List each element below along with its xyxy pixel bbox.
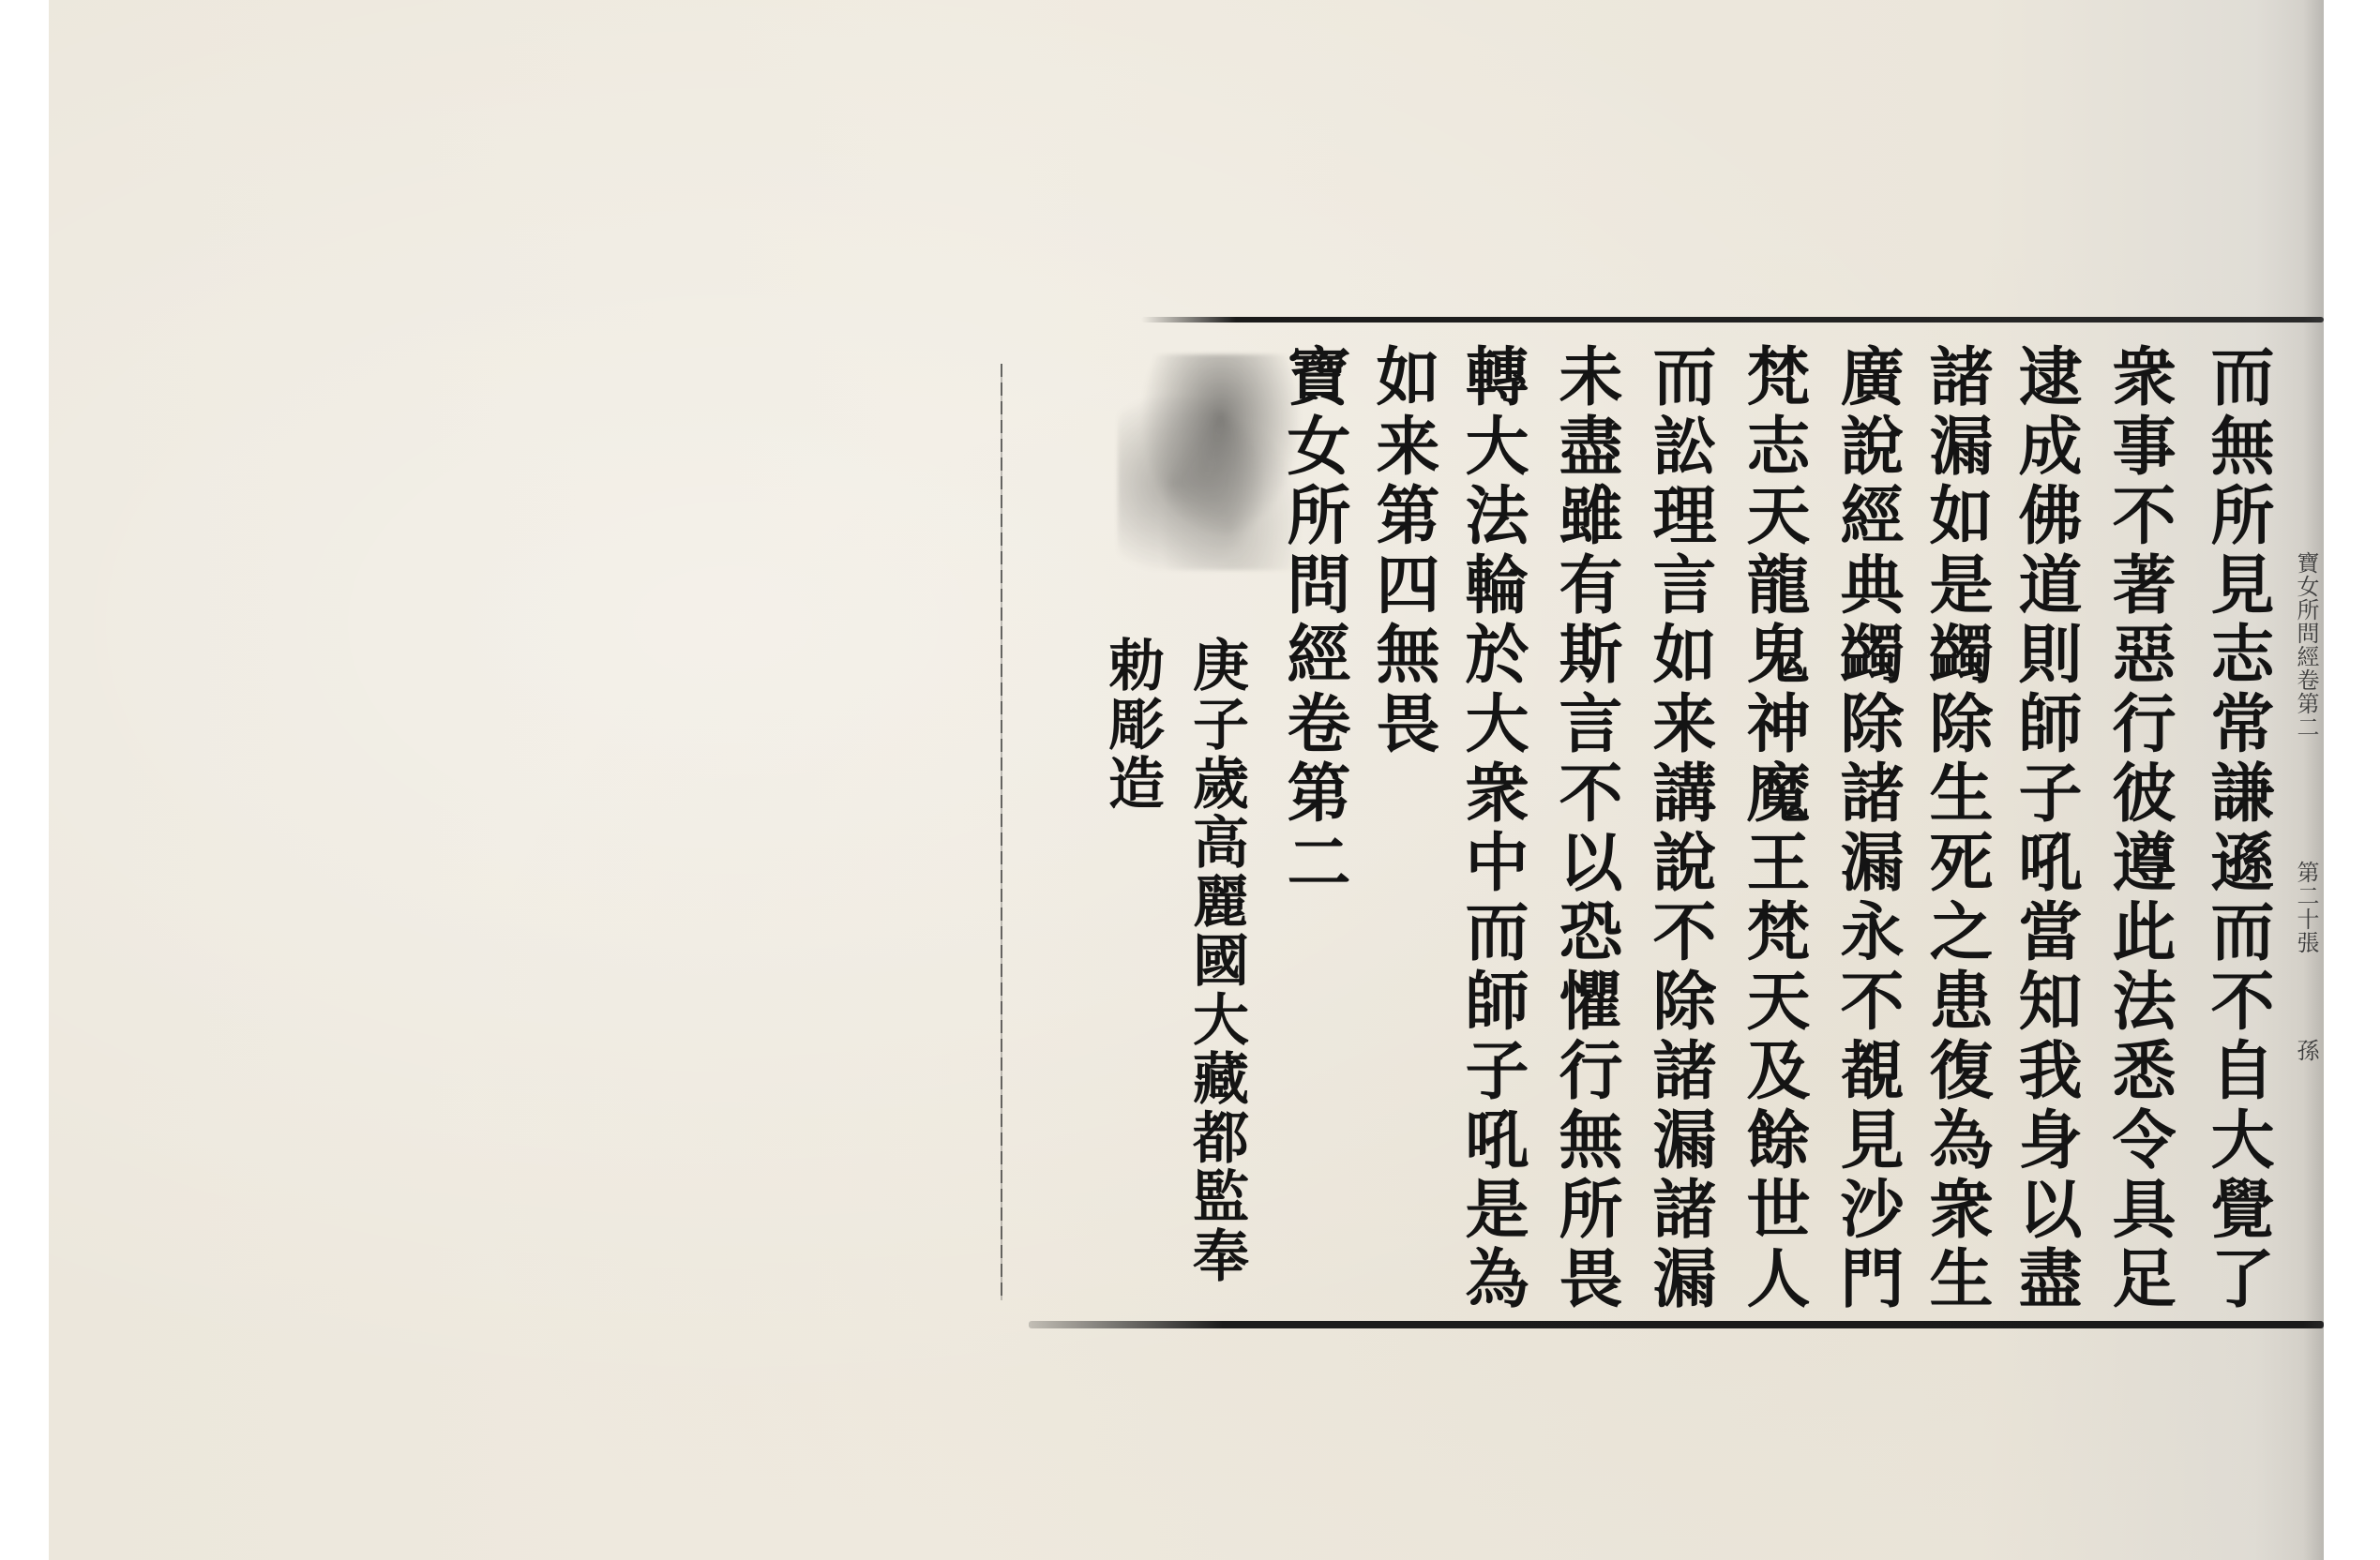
left-border-rule: [1001, 364, 1002, 1300]
bottom-border-rule: [1029, 1321, 2324, 1328]
text-column-6: 梵志天龍鬼神魔王梵天及餘世人: [1741, 343, 1805, 1314]
margin-title: 寶女所問經卷第二: [2295, 551, 2317, 739]
text-column-5: 廣說經典蠲除諸漏永不覩見沙門: [1835, 343, 1899, 1314]
text-column-9: 轉大法輪於大衆中而師子吼是為: [1460, 343, 1524, 1314]
top-border-rule: [1141, 317, 2324, 322]
text-column-7: 而訟理言如来講說不除諸漏諸漏: [1648, 343, 1711, 1314]
text-column-3: 逮成佛道則師子吼當知我身以盡: [2013, 343, 2077, 1314]
colophon-line-1: 庚子歲高麗國大藏都監奉: [1188, 636, 1244, 1285]
text-column-4: 諸漏如是蠲除生死之患復為衆生: [1924, 343, 1988, 1314]
paper-page: 寶女所問經卷第二 第二十張 孫 而無所見志常謙遜而不自大覺了 衆事不著惡行彼遵此…: [49, 0, 2324, 1560]
closing-title: 寶女所問經卷第二: [1282, 343, 1346, 898]
printed-block: 寶女所問經卷第二 第二十張 孫 而無所見志常謙遜而不自大覺了 衆事不著惡行彼遵此…: [1001, 317, 2324, 1328]
margin-mark: 孫: [2295, 1039, 2317, 1062]
text-column-1: 而無所見志常謙遜而不自大覺了: [2206, 343, 2269, 1314]
margin-page-number: 第二十張: [2295, 861, 2317, 954]
colophon-line-2: 勅彫造: [1104, 636, 1160, 813]
text-column-10: 如来第四無畏: [1371, 343, 1435, 759]
text-column-8: 未盡雖有斯言不以恐懼行無所畏: [1554, 343, 1618, 1314]
text-column-2: 衆事不著惡行彼遵此法悉令具足: [2107, 343, 2171, 1314]
